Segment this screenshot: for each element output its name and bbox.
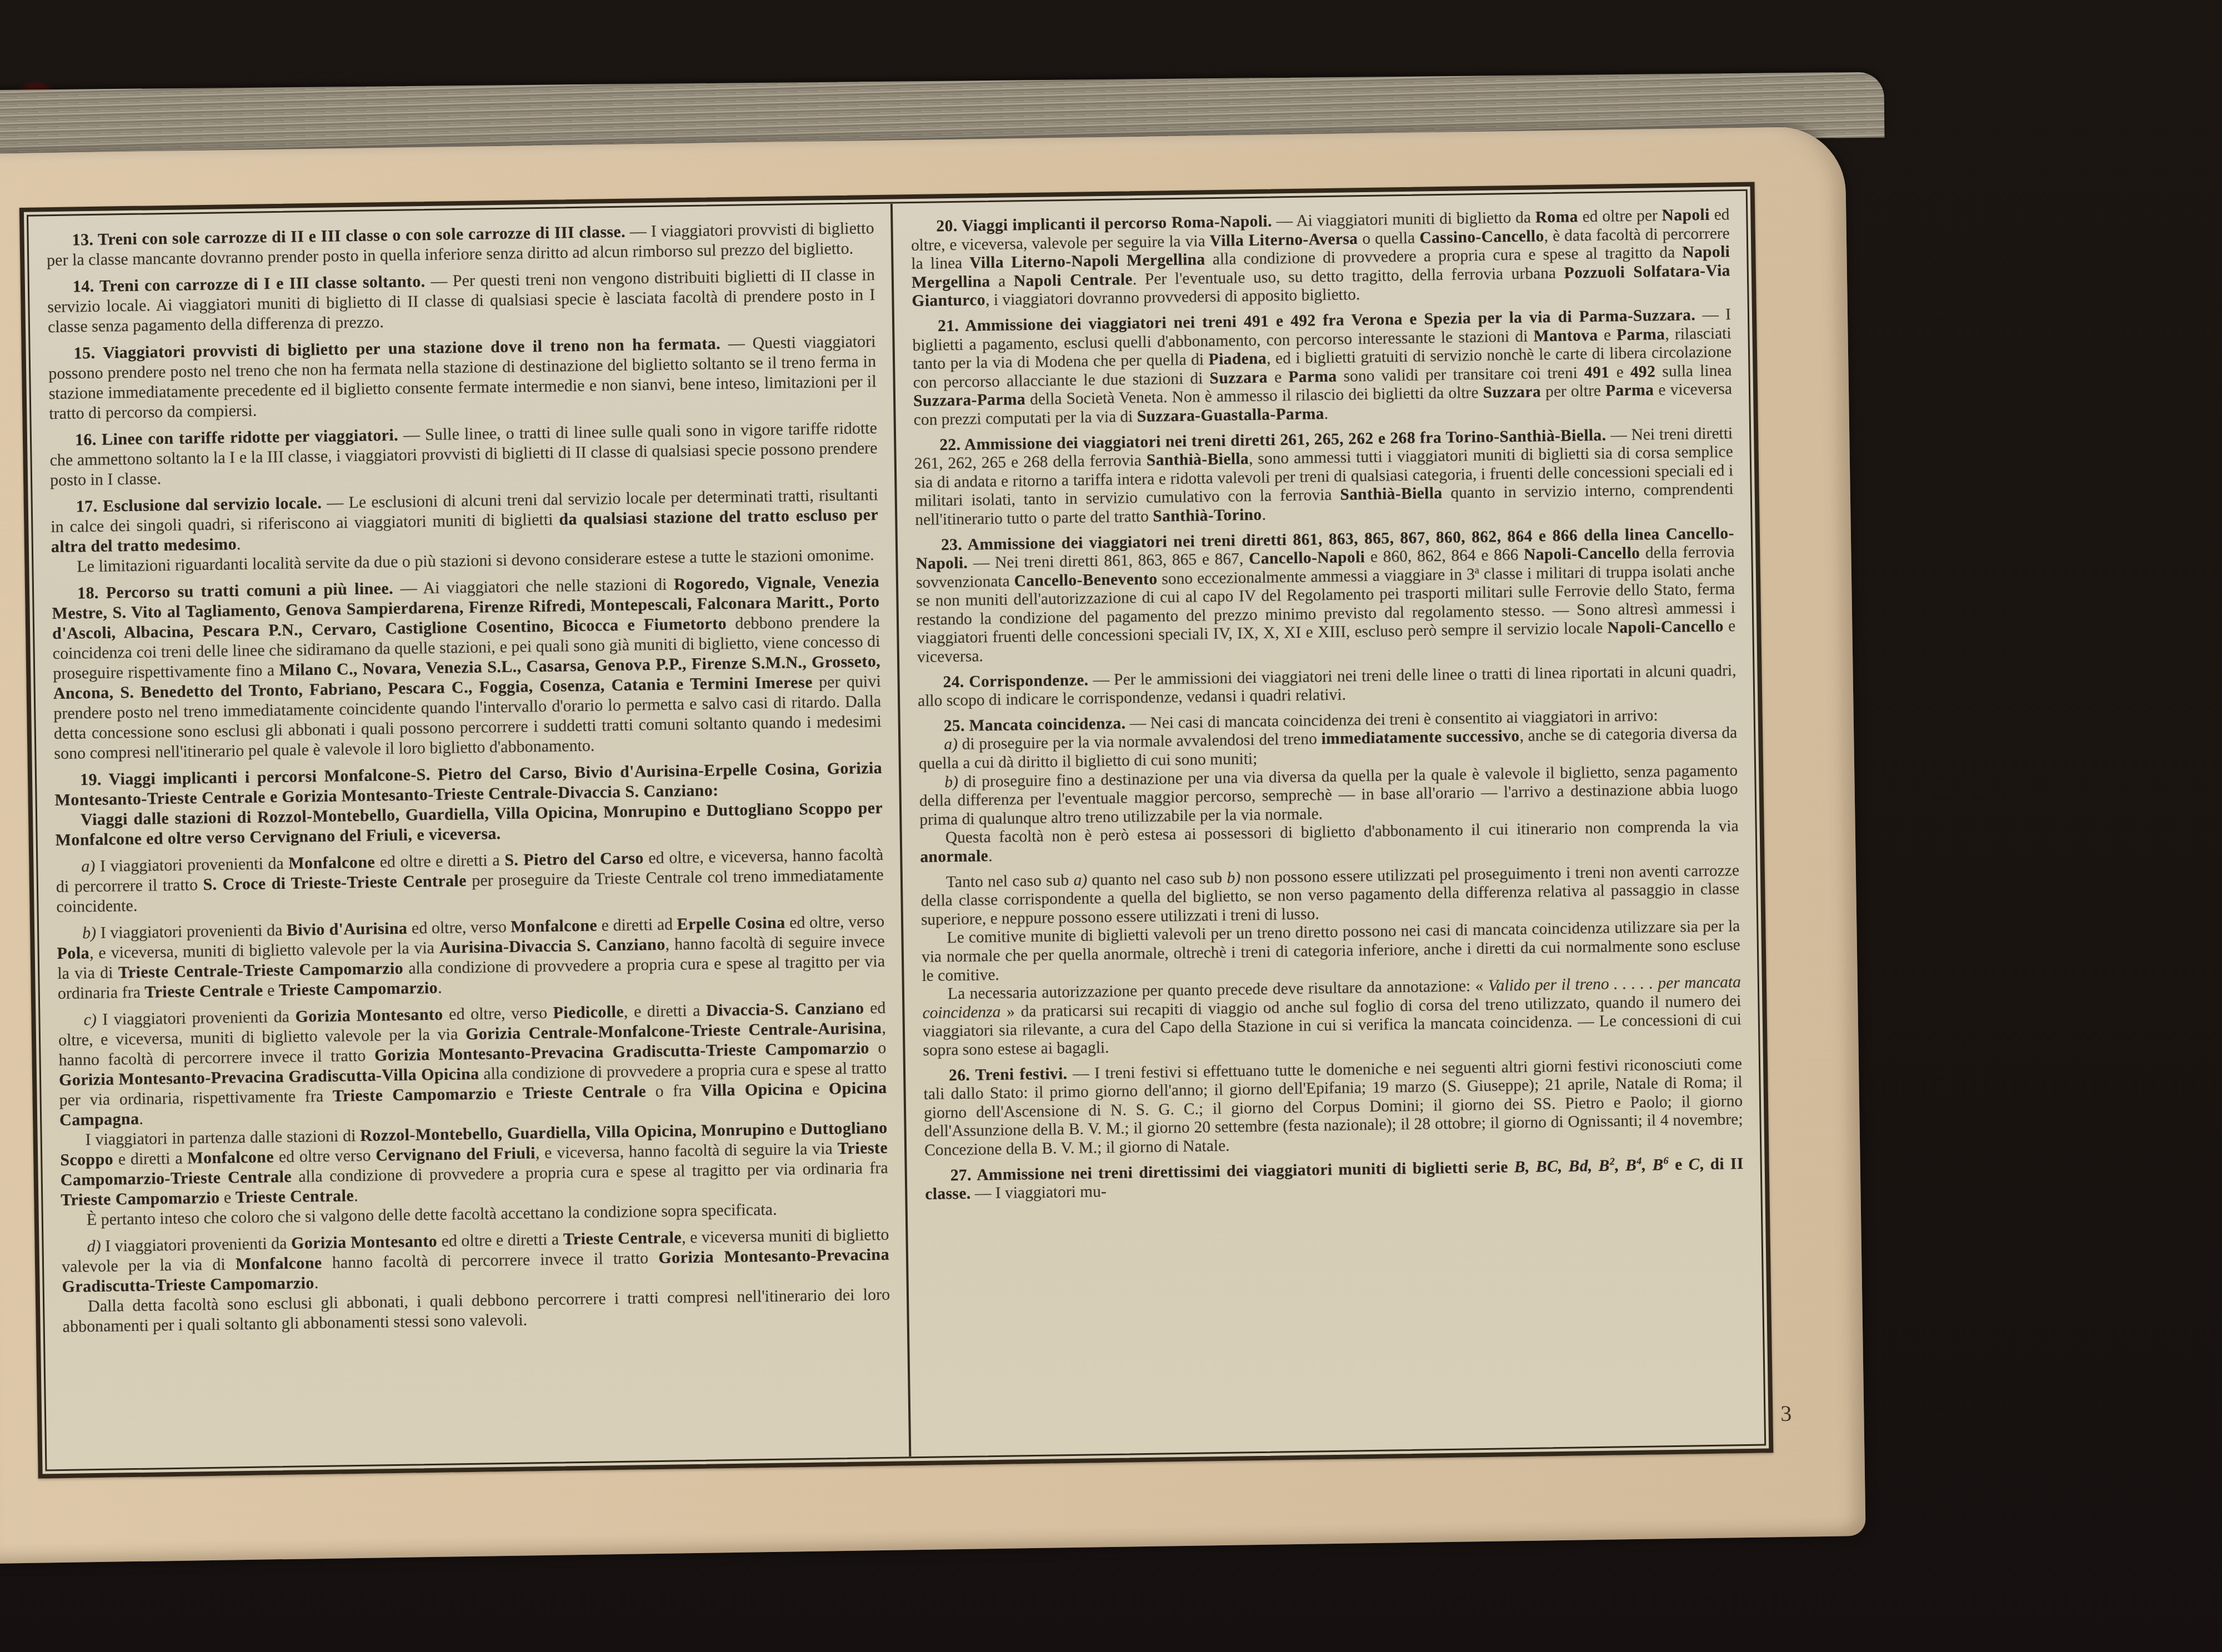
left-column: 13. Treni con sole carrozze di II e III … — [28, 204, 909, 1470]
section-23: 23. Ammissione dei viaggiatori nei treni… — [915, 524, 1736, 667]
section-13: 13. Treni con sole carrozze di II e III … — [46, 218, 874, 271]
section-19-item-b: b) I viaggiatori provenienti da Bivio d'… — [57, 912, 885, 1004]
section-18: 18. Percorso su tratti comuni a più line… — [52, 572, 882, 764]
printed-border-frame-inner: 13. Treni con sole carrozze di II e III … — [27, 189, 1766, 1471]
section-19-item-c: c) I viaggiatori provenienti da Gorizia … — [58, 998, 887, 1130]
section-15: 15. Viaggiatori provvisti di biglietto p… — [48, 332, 877, 424]
section-21: 21. Ammissione dei viaggiatori nei treni… — [912, 306, 1733, 429]
section-27: 27. Ammissione nei treni direttissimi de… — [925, 1155, 1744, 1204]
book-page: 13. Treni con sole carrozze di II e III … — [0, 126, 1866, 1564]
section-22: 22. Ammissione dei viaggiatori nei treni… — [914, 424, 1734, 530]
section-14: 14. Treni con carrozze di I e III classe… — [47, 265, 875, 337]
section-19-item-a: a) I viaggiatori provenienti da Monfalco… — [56, 845, 884, 917]
scanned-book-page-scene: 13. Treni con sole carrozze di II e III … — [0, 0, 2222, 1652]
section-20: 20. Viaggi implicanti il percorso Roma-N… — [910, 206, 1730, 311]
section-19-item-c-paragraph-2: I viaggiatori in partenza dalle stazioni… — [59, 1118, 888, 1210]
section-24: 24. Corrispondenze. — Per le ammissioni … — [917, 662, 1736, 711]
printed-border-frame: 13. Treni con sole carrozze di II e III … — [19, 182, 1774, 1479]
section-16: 16. Linee con tariffe ridotte per viaggi… — [49, 418, 878, 490]
page-number: 3 — [1780, 1400, 1792, 1426]
section-25-paragraph-6: La necessaria autorizzazione per quanto … — [922, 973, 1742, 1060]
section-26: 26. Treni festivi. — I treni festivi si … — [923, 1055, 1743, 1160]
right-column: 20. Viaggi implicanti il percorso Roma-N… — [893, 191, 1764, 1457]
